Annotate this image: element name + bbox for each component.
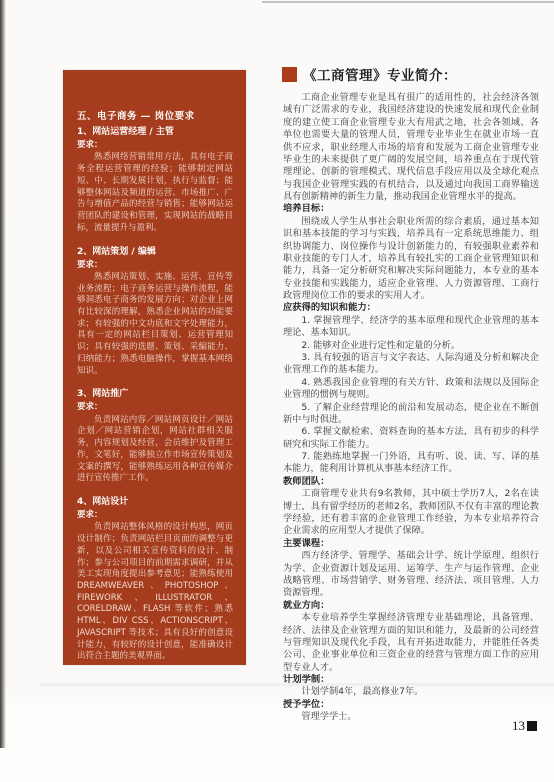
section-heading-faculty-team: 教师团队： xyxy=(283,476,539,488)
numbered-item: 3. 具有较强的语言与文字表达、人际沟通及分析和解决企业管理工作的基本能力。 xyxy=(283,352,539,377)
section-heading-degree-awarded: 授予学位： xyxy=(283,699,539,711)
scanned-page: 五、电子商务 — 岗位要求 1、网站运营经理 / 主管 要求： 熟悉网络营销常用… xyxy=(0,0,554,782)
numbered-item: 6. 掌握文献检索、资料查询的基本方法，具有初步的科学研究和实际工作能力。 xyxy=(283,426,539,451)
job-section-site-operations-manager: 1、网站运营经理 / 主管 要求： 熟悉网络营销常用方法，具有电子商务全程运营管… xyxy=(77,126,233,234)
red-square-bullet-icon xyxy=(282,67,297,82)
scan-edge-line xyxy=(262,1,554,3)
job-section-site-promotion: 3、网站推广 要求： 负责网站内容／网站网页设计／网站企划／网站营销企划，网站社… xyxy=(77,388,233,485)
numbered-item: 5. 了解企业经营理论的前沿和发展动态，使企业在不断创新中与时俱进。 xyxy=(283,402,539,427)
major-intro-column: 《工商管理》专业简介： 工商企业管理专业是具有很广的适用性的，社会经济各领域有广… xyxy=(283,64,539,724)
job-section-site-design: 4、网站设计 要求： 负责网站整体风格的设计构思，网页设计制作；负责网站栏目页面… xyxy=(77,496,233,663)
page-number-square-icon xyxy=(527,721,537,731)
section-paragraph: 围绕成人学生从事社会职业所需的综合素质，通过基本知识和基本技能的学习与实践，培养… xyxy=(283,216,539,303)
scan-edge-shadow xyxy=(0,0,6,748)
section-paragraph: 工商管理专业共有9名教师，其中硕士学历7人，2名在读博士，具有留学经历的老师2名… xyxy=(283,488,539,538)
job-requirements-text: 负责网站内容／网站网页设计／网站企划／网站营销企划，网站社群相关服务，内容规划及… xyxy=(77,415,233,485)
page-title: 《工商管理》专业简介： xyxy=(303,64,457,84)
requirement-label: 要求： xyxy=(77,401,233,413)
requirement-label: 要求： xyxy=(77,259,233,271)
section-paragraph: 管理学学士。 xyxy=(283,711,539,723)
section-heading-knowledge-abilities: 应获得的知识和能力： xyxy=(283,302,539,314)
requirement-label: 要求： xyxy=(77,509,233,521)
numbered-item: 7. 能熟练地掌握一门外语，具有听、说、读、写、译的基本能力，能利用计算机从事基… xyxy=(283,451,539,476)
section-heading-career-direction: 就业方向： xyxy=(283,600,539,612)
job-requirements-panel: 五、电子商务 — 岗位要求 1、网站运营经理 / 主管 要求： 熟悉网络营销常用… xyxy=(63,70,246,665)
section-paragraph: 西方经济学、管理学、基础会计学、统计学原理、组织行为学、企业资源计划及运用、运筹… xyxy=(283,550,539,600)
job-section-site-planning-editor: 2、网站策划 / 编辑 要求： 熟悉网站策划、实施、运营、宣传等业务流程；电子商… xyxy=(77,246,233,378)
job-requirements-text: 负责网站整体风格的设计构思，网页设计制作；负责网站栏目页面的调整与更新，以及公司… xyxy=(77,522,233,663)
intro-paragraph: 工商企业管理专业是具有很广的适用性的，社会经济各领域有广泛需求的专业，我国经济建… xyxy=(283,92,539,203)
sidebar-heading: 五、电子商务 — 岗位要求 xyxy=(77,110,233,123)
numbered-item: 1. 掌握管理学、经济学的基本原理和现代企业管理的基本理论、基本知识。 xyxy=(283,315,539,340)
title-row: 《工商管理》专业简介： xyxy=(282,64,539,84)
section-paragraph: 计划学制4年，最高修业7年。 xyxy=(283,686,539,698)
job-title: 1、网站运营经理 / 主管 xyxy=(77,126,233,139)
page-number: 13 xyxy=(512,718,537,734)
numbered-item: 2. 能够对企业进行定性和定量的分析。 xyxy=(283,340,539,352)
page-number-text: 13 xyxy=(512,718,525,734)
section-paragraph: 本专业培养学生掌握经济管理专业基础理论，具备管理、经济、法律及企业管理方面的知识… xyxy=(283,612,539,674)
numbered-item: 4. 熟悉我国企业管理的有关方针、政策和法规以及国际企业管理的惯例与规则。 xyxy=(283,377,539,402)
requirement-label: 要求： xyxy=(77,139,233,151)
job-title: 2、网站策划 / 编辑 xyxy=(77,246,233,259)
job-title: 3、网站推广 xyxy=(77,388,233,401)
section-heading-study-length: 计划学制： xyxy=(283,674,539,686)
section-heading-main-courses: 主要课程： xyxy=(283,538,539,550)
section-heading-training-goal: 培养目标： xyxy=(283,203,539,215)
job-requirements-text: 熟悉网络营销常用方法，具有电子商务全程运营管理的经验；能够制定网站短、中、长期发… xyxy=(77,152,233,234)
job-title: 4、网站设计 xyxy=(77,496,233,509)
job-requirements-text: 熟悉网站策划、实施、运营、宣传等业务流程；电子商务运营与操作流程，能够洞悉电子商… xyxy=(77,272,233,377)
